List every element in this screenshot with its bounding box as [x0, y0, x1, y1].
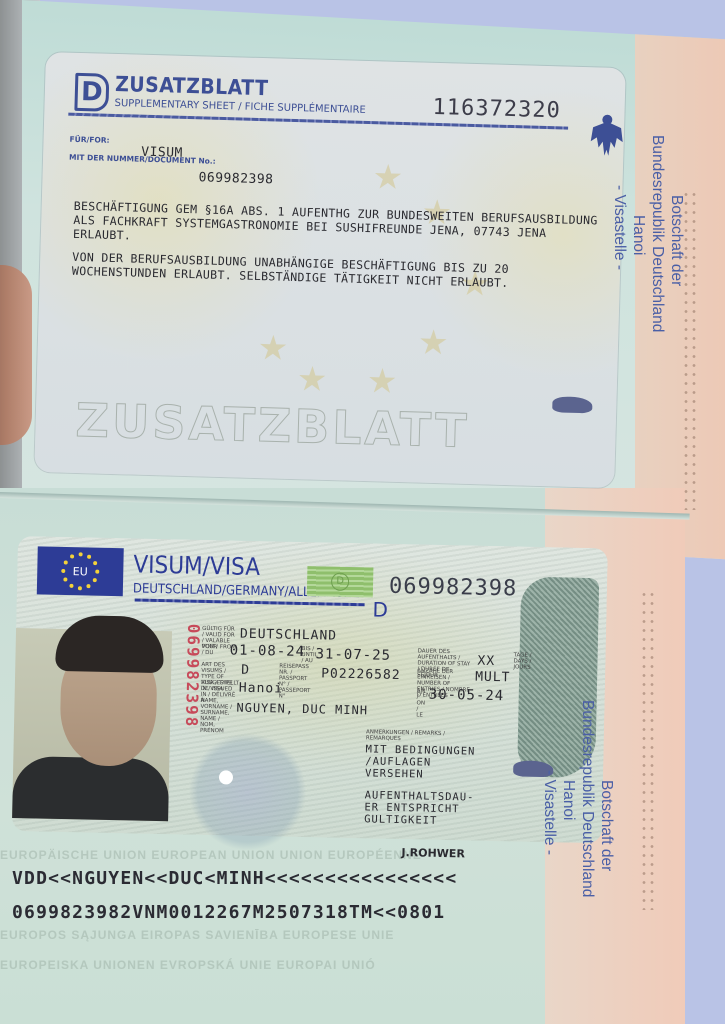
- sheet-watermark: ZUSATZBLATT: [75, 393, 470, 458]
- embassy-stamp-top: Botschaft der Bundesrepublik Deutschland…: [610, 135, 686, 332]
- visa-title: VISUM/VISA: [133, 550, 260, 581]
- for-label: FÜR/FOR:: [69, 135, 109, 145]
- embassy-stamp-bottom: Botschaft der Bundesrepublik Deutschland…: [540, 700, 616, 897]
- field-duration: XX: [477, 654, 495, 669]
- stamp-line: Botschaft der: [667, 135, 686, 332]
- visa-remarks: MIT BEDINGUNGEN /AUFLAGEN VERSEHEN AUFEN…: [364, 743, 476, 827]
- finger-holding-passport: [0, 265, 32, 445]
- field-duration-unit: TAGE / DAYS / JOURS: [513, 652, 531, 670]
- field-label-passport: REISEPASS NR. / PASSPORT N° / PASSEPORT …: [279, 664, 316, 701]
- document-number-label: MIT DER NUMMER/DOCUMENT No.:: [69, 153, 216, 166]
- remark-line: GULTIGKEIT: [364, 813, 474, 827]
- remark-line: VERSEHEN: [365, 767, 475, 781]
- field-label-name: NAME, VORNAME / SURNAME, NAME / NOM, PRÉ…: [200, 698, 237, 735]
- field-valid-for: DEUTSCHLAND: [240, 627, 337, 644]
- mrz-line-1: VDD<<NGUYEN<<DUC<MINH<<<<<<<<<<<<<<<<: [12, 868, 457, 889]
- hologram-seal: [187, 732, 307, 852]
- field-type: D: [241, 663, 250, 678]
- supplementary-sheet: ★ ★ ★ ★ ★ ★ ★ D ZUSATZBLATT SUPPLEMENTAR…: [34, 52, 626, 488]
- field-entries: MULT: [475, 670, 511, 686]
- photo-hair: [55, 615, 164, 673]
- visa-country-code: D: [372, 597, 388, 621]
- eu-label: EU: [37, 546, 124, 596]
- field-label-date: AM / ON / LE: [416, 688, 427, 718]
- visa-number: 069982398: [389, 574, 518, 602]
- background-microtext: EUROPÄISCHE UNION EUROPEAN UNION UNION E…: [0, 848, 422, 862]
- field-label-remarks: ANMERKUNGEN / REMARKS / REMARQUES: [366, 729, 476, 743]
- document-number: 069982398: [198, 170, 273, 187]
- ov-d-icon: D: [331, 573, 349, 591]
- field-until: 31-07-25: [315, 646, 391, 664]
- stamp-line: - Visastelle -: [540, 700, 559, 897]
- background-microtext: EUROPOS SĄJUNGA EIROPAS SAVIENĪBA EUROPE…: [0, 928, 394, 942]
- eu-star-icon: ★: [296, 359, 328, 400]
- signature: J.ROHWER: [401, 846, 465, 860]
- stamp-line: Bundesrepublik Deutschland: [578, 700, 597, 897]
- sheet-subtitle: SUPPLEMENTARY SHEET / FICHE SUPPLÉMENTAI…: [114, 98, 366, 116]
- optically-variable-patch: D: [307, 566, 374, 597]
- sheet-serial-number: 116372320: [432, 95, 561, 124]
- sheet-title: ZUSATZBLATT: [115, 72, 269, 100]
- mrz-line-2: 0699823982VNM0012267M2507318TM<<0801: [12, 902, 445, 923]
- field-issued-in: Hanoi: [239, 681, 283, 697]
- stamp-line: Bundesrepublik Deutschland: [648, 135, 667, 332]
- remark-paragraph: VON DER BERUFSAUSBILDUNG UNABHÄNGIGE BES…: [72, 250, 603, 293]
- field-from: 01-08-24: [229, 642, 305, 660]
- visa-sticker: EU VISUM/VISA DEUTSCHLAND/GERMANY/ALLEMA…: [12, 536, 608, 843]
- eu-star-icon: ★: [366, 361, 398, 402]
- stamp-line: Hanoi: [559, 700, 578, 897]
- stamp-line: Hanoi: [629, 135, 648, 332]
- sheet-remarks: BESCHÄFTIGUNG GEM §16A ABS. 1 AUFENTHG Z…: [71, 199, 603, 302]
- field-issue-date: 30-05-24: [429, 687, 505, 705]
- field-passport: P02226582: [321, 666, 401, 683]
- photo-shirt: [12, 756, 169, 821]
- background-microtext: EUROPEISKA UNIONEN EVROPSKÁ UNIE EUROPAI…: [0, 958, 376, 972]
- stamp-line: - Visastelle -: [610, 135, 629, 332]
- remark-paragraph: BESCHÄFTIGUNG GEM §16A ABS. 1 AUFENTHG Z…: [73, 199, 604, 256]
- perforation: [640, 590, 656, 910]
- berlin-bear-icon: [552, 396, 592, 413]
- eu-star-icon: ★: [257, 328, 289, 369]
- eu-star-icon: ★: [417, 323, 449, 364]
- country-code-logo: D: [74, 73, 109, 112]
- eu-flag: EU: [37, 546, 124, 596]
- eu-star-icon: ★: [372, 157, 404, 198]
- field-name: NGUYEN, DUC MINH: [236, 701, 368, 718]
- field-label-until: BIS / UNTIL / AU: [301, 646, 315, 664]
- stamp-line: Botschaft der: [597, 700, 616, 897]
